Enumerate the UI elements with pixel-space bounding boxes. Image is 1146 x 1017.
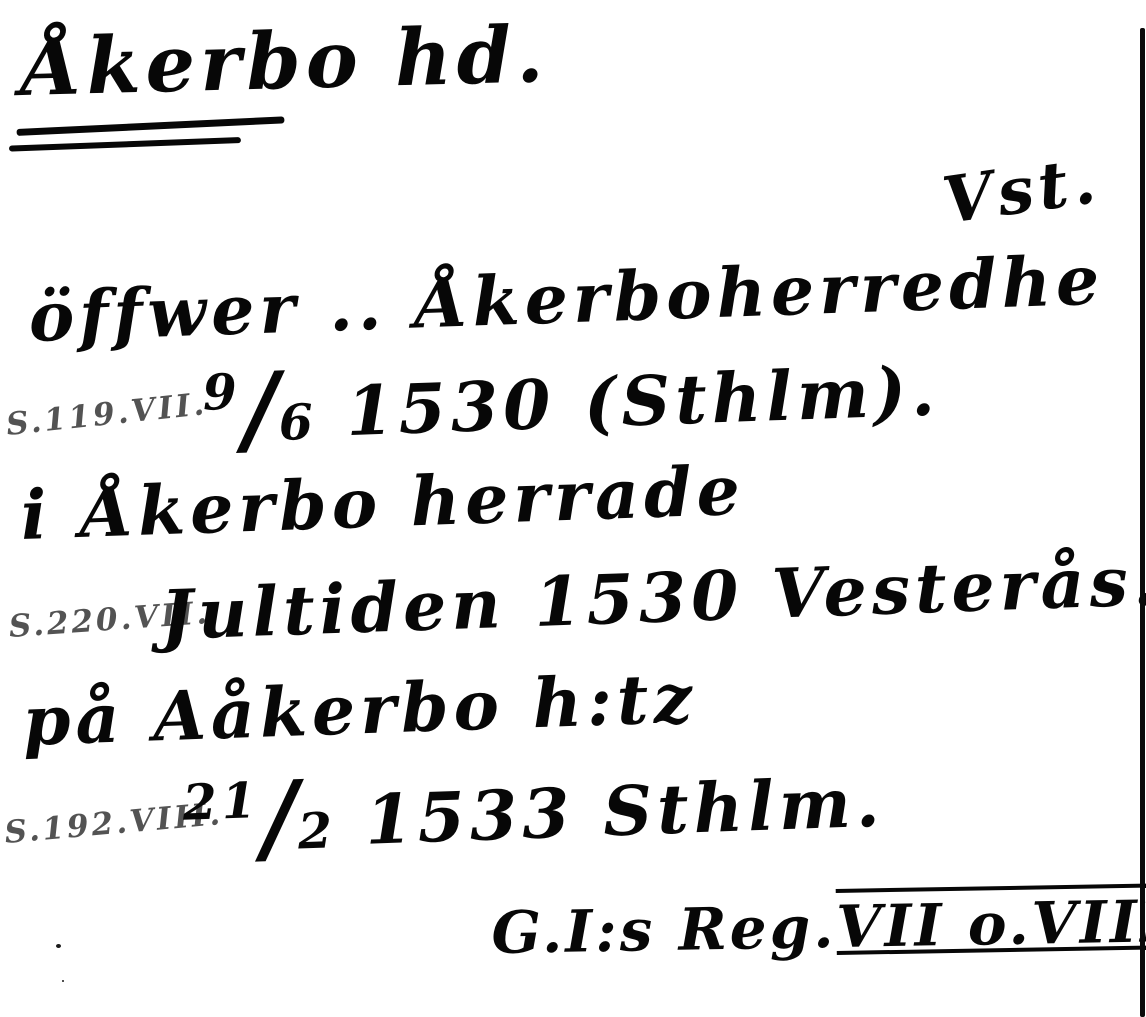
date-slash: / [240,350,280,467]
body-line-offwer: öffwer .. Åkerboherredhe [28,246,1106,352]
corner-abbreviation: Vst. [939,149,1104,234]
source-citation: G.I:s Reg.VII o.VIII. [491,892,1146,962]
heading: Åkerbo hd. [20,16,549,108]
date-rest: 1533 Sthlm. [335,763,885,862]
date-month: 2 [297,801,338,860]
date-slash: / [259,759,299,876]
source-volumes: VII o.VIII. [836,887,1146,961]
heading-place-name: Åkerbo [20,14,364,114]
manuscript-page: Åkerbo hd. Vst. öffwer .. Åkerboherredhe… [0,0,1146,1017]
margin-reference-1: S.119.VII. [5,389,209,441]
date-day: 21 [182,771,262,832]
scan-edge-line [1140,28,1145,1017]
body-line-pa-akerbo: på Aåkerbo h:tz [22,665,698,756]
date-day: 9 [202,362,243,421]
date-rest: 1530 (Sthlm). [316,351,941,453]
source-prefix: G.I:s Reg. [491,893,837,967]
body-line-date-1533-feb: 21/2 1533 Sthlm. [182,748,886,871]
heading-underline-stroke-1 [17,116,285,136]
body-line-herrade: i Åkerbo herrade [20,457,746,550]
heading-suffix: hd. [362,9,550,105]
body-line-jultiden: Jultiden 1530 Vesterås. [160,547,1146,650]
heading-underline-stroke-2 [9,137,241,151]
ink-speck [56,944,61,948]
date-month: 6 [278,393,319,452]
date-fraction: 9/6 [202,358,320,461]
body-line-date-1530-june: 9/6 1530 (Sthlm). [202,336,942,460]
ink-speck [62,980,64,982]
date-fraction: 21/2 [182,767,339,871]
